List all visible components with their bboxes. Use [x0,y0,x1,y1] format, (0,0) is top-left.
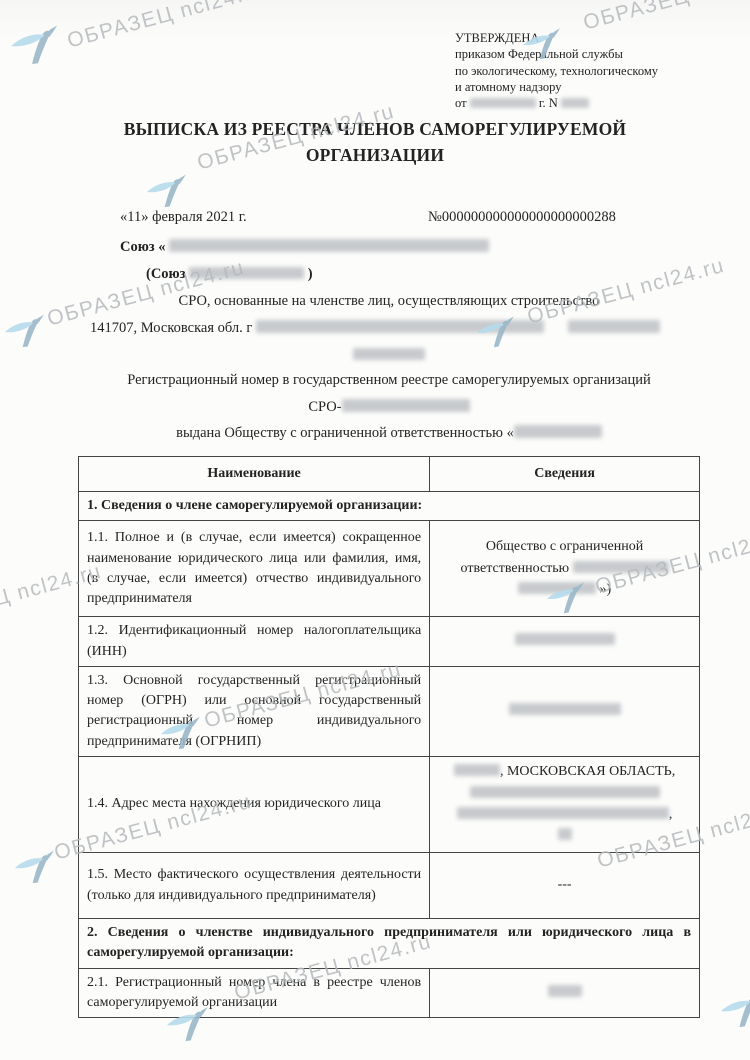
value-line [438,826,691,846]
redacted-text [457,807,669,819]
redacted-text [573,561,669,573]
sro-basis-line: СРО, основанные на членстве лиц, осущест… [78,293,700,310]
redacted-text [169,239,489,252]
table-row: 2.1. Регистрационный номер члена в реест… [79,968,700,1018]
redacted-text [515,633,615,645]
redacted-text [256,320,544,333]
value-line: Общество с ограниченной [438,537,691,557]
page-title: ВЫПИСКА ИЗ РЕЕСТРА ЧЛЕНОВ САМОРЕГУЛИРУЕМ… [75,116,675,169]
redacted-text [189,267,304,279]
union-name-line: Союз « [120,239,489,256]
table-row: 1.2. Идентификационный номер налогоплате… [79,617,700,667]
bird-logo-icon [144,167,193,211]
row-2-1-value [430,968,700,1018]
bird-logo-icon [7,17,65,69]
approval-line: приказом Федеральной службы [455,46,658,62]
approval-line: по экологическому, технологическому [455,63,658,79]
address-line: 141707, Московская обл. г [90,320,660,337]
redacted-text [548,985,582,997]
value-line: , МОСКОВСКАЯ ОБЛАСТЬ, [438,762,691,782]
row-1-3-value [430,666,700,756]
value-line: , [438,805,691,825]
watermark-text: ОБРАЗЕЦ ncl24.ru [65,0,268,54]
redacted-text [514,425,602,438]
value-suffix: , МОСКОВСКАЯ ОБЛАСТЬ, [500,764,675,779]
address-prefix: 141707, Московская обл. г [90,320,252,336]
section-row-2: 2. Сведения о членстве индивидуального п… [79,919,700,969]
row-1-3-label: 1.3. Основной государственный регистраци… [79,666,430,756]
approval-line: и атомному надзору [455,79,658,95]
section-2-title: 2. Сведения о членстве индивидуального п… [79,919,700,969]
issued-to-prefix: выдана Обществу с ограниченной ответстве… [176,425,514,441]
table-header-row: Наименование Сведения [79,457,700,492]
union-alt-suffix: ) [308,266,313,282]
table-row: 1.5. Место фактического осуществления де… [79,853,700,919]
row-1-4-value: , МОСКОВСКАЯ ОБЛАСТЬ, , [430,757,700,853]
redacted-text [470,98,536,108]
row-1-1-label: 1.1. Полное и (в случае, если имеется) с… [79,521,430,617]
approval-number-label: г. N [539,96,558,110]
union-prefix: Союз « [120,239,166,255]
redacted-text [470,786,660,798]
row-1-5-value: --- [430,853,700,919]
row-1-2-value [430,617,700,667]
issued-to-line: выдана Обществу с ограниченной ответстве… [78,425,700,442]
row-1-1-value: Общество с ограниченной ответственностью… [430,521,700,617]
row-1-5-label: 1.5. Место фактического осуществления де… [79,853,430,919]
section-row-1: 1. Сведения о члене саморегулируемой орг… [79,492,700,521]
approval-line: от г. N [455,95,658,111]
value-prefix: ответственностью [461,561,570,576]
row-1-2-label: 1.2. Идентификационный номер налогоплате… [79,617,430,667]
document-date: «11» февраля 2021 г. [120,209,247,226]
redacted-text [353,348,425,360]
page-title-text: ВЫПИСКА ИЗ РЕЕСТРА ЧЛЕНОВ САМОРЕГУЛИРУЕМ… [81,116,669,169]
bird-logo-icon [2,307,51,351]
bird-logo-icon [717,985,750,1031]
approval-line: УТВЕРЖДЕНА [455,30,658,46]
section-1-title: 1. Сведения о члене саморегулируемой орг… [79,492,700,521]
value-suffix: ») [599,582,611,597]
sro-number-line: СРО- [78,399,700,416]
value-line: ответственностью [438,559,691,579]
value-line: ») [438,580,691,600]
address-line-2 [78,346,700,364]
union-short-name-line: (Союз ) [146,266,313,283]
row-2-1-label: 2.1. Регистрационный номер члена в реест… [79,968,430,1018]
redacted-text [561,98,589,108]
column-header-info: Сведения [430,457,700,492]
table-row: 1.1. Полное и (в случае, если имеется) с… [79,521,700,617]
union-alt-prefix: (Союз [146,266,185,282]
bird-logo-icon [12,843,61,887]
row-1-4-label: 1.4. Адрес места нахождения юридического… [79,757,430,853]
document-number: №000000000000000000000288 [428,209,616,226]
redacted-text [558,828,572,840]
table-row: 1.3. Основной государственный регистраци… [79,666,700,756]
redacted-text [342,399,470,412]
approval-from-label: от [455,96,467,110]
approval-block: УТВЕРЖДЕНА приказом Федеральной службы п… [455,30,658,111]
redacted-text [454,764,500,776]
table-row: 1.4. Адрес места нахождения юридического… [79,757,700,853]
column-header-name: Наименование [79,457,430,492]
sro-number-prefix: СРО- [308,399,341,415]
redacted-text [509,703,621,715]
registry-extract-table: Наименование Сведения 1. Сведения о член… [78,456,700,1018]
watermark-text: ОБРАЗЕЦ ncl24.ru [525,254,728,330]
document-page: ОБРАЗЕЦ ncl24.ru ОБРАЗЕЦ ncl24.ru ОБРАЗЕ… [0,0,750,1060]
redacted-text [518,582,596,594]
redacted-text [568,320,660,333]
value-suffix: , [669,807,673,822]
value-line [438,784,691,804]
registry-number-caption: Регистрационный номер в государственном … [78,372,700,389]
